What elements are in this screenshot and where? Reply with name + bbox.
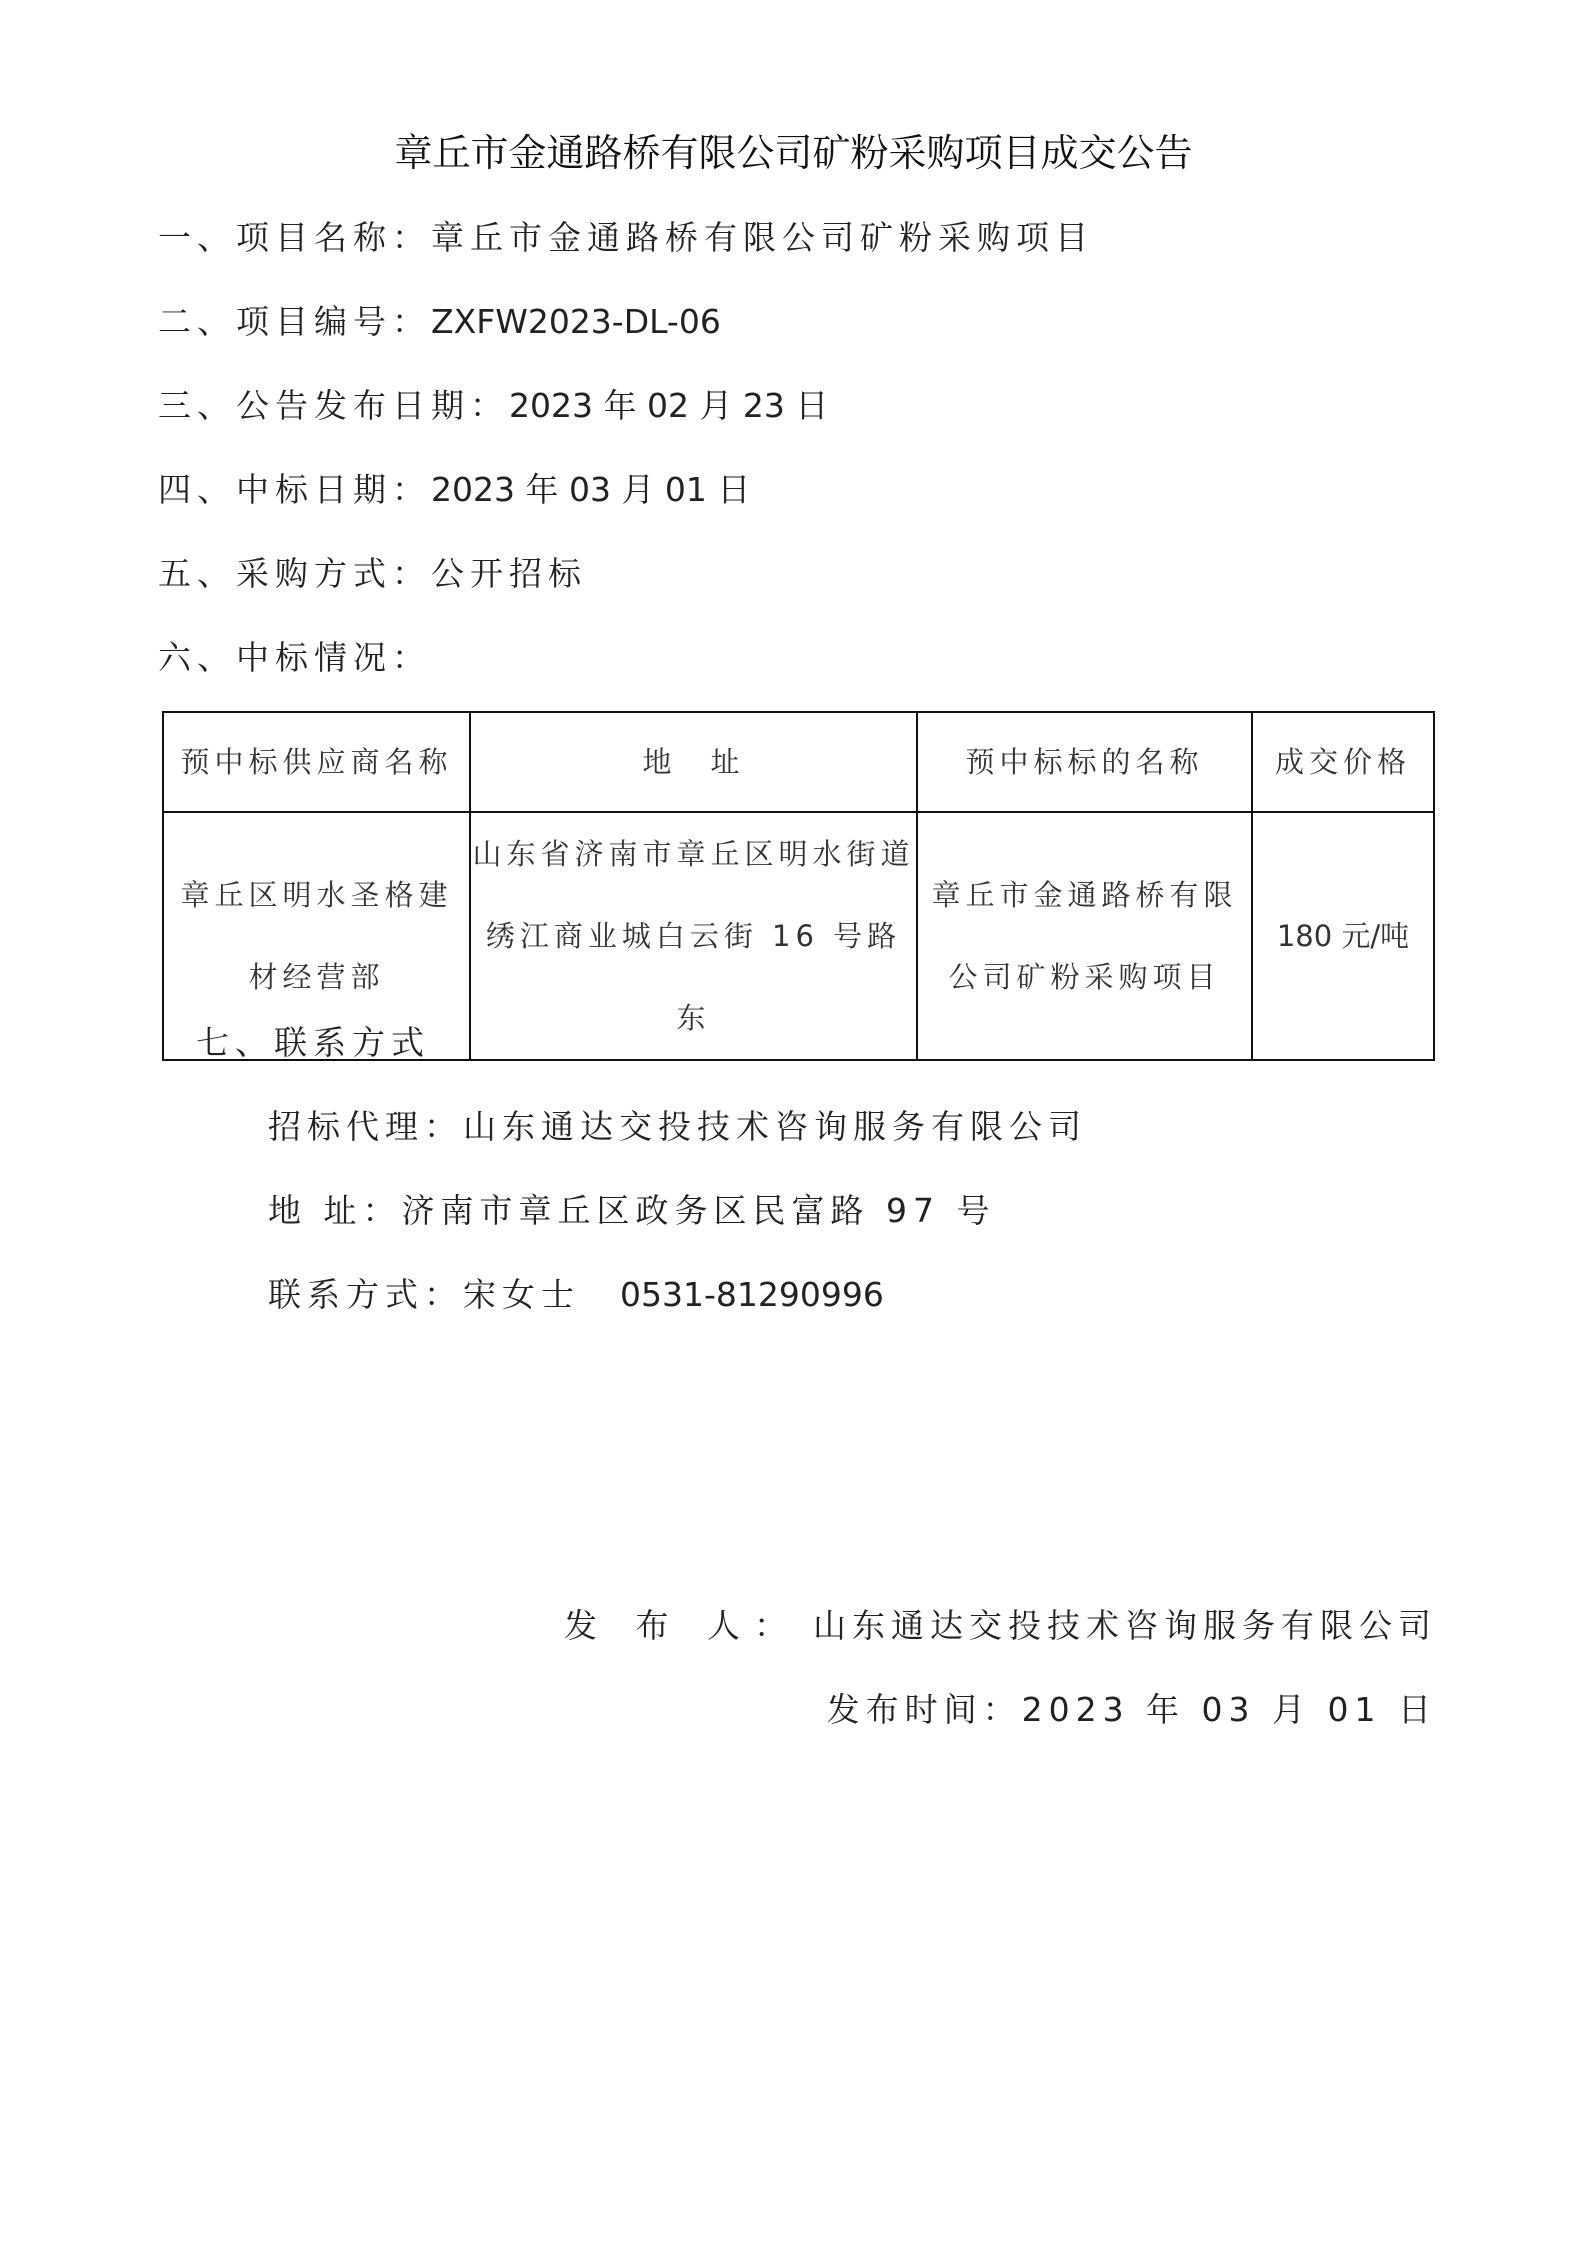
cell-price: 180 元/吨 (1252, 812, 1434, 1060)
contact-heading: 七、联系方式 (196, 1017, 430, 1064)
bid-result-table: 预中标供应商名称 地 址 预中标标的名称 成交价格 章丘区明水圣格建 材经营部 … (162, 711, 1435, 1061)
agent-label: 招标代理： (268, 1107, 463, 1146)
publish-time-value: 2023 年 03 月 01 日 (1022, 1690, 1437, 1729)
item-value: 2023 年 02 月 23 日 (509, 386, 828, 425)
cell-address: 山东省济南市章丘区明水街道 绣江商业城白云街 16 号路东 (470, 812, 917, 1060)
publisher-line: 发 布 人：山东通达交投技术咨询服务有限公司 (564, 1600, 1437, 1647)
item-value: ZXFW2023-DL-06 (431, 302, 721, 341)
header-address: 地 址 (470, 712, 917, 812)
phone-label: 联系方式： (268, 1275, 463, 1314)
item-publish-date: 三、公告发布日期：2023 年 02 月 23 日 (158, 380, 828, 427)
item-label: 六、中标情况： (158, 638, 431, 677)
publish-time-label: 发布时间： (827, 1690, 1022, 1729)
item-procurement-method: 五、采购方式：公开招标 (158, 548, 587, 595)
phone-number: 0531-81290996 (620, 1275, 884, 1314)
item-label: 五、采购方式： (158, 554, 431, 593)
cell-subject: 章丘市金通路桥有限 公司矿粉采购项目 (917, 812, 1252, 1060)
address-label: 地 址： (268, 1191, 402, 1230)
item-label: 四、中标日期： (158, 470, 431, 509)
document-title: 章丘市金通路桥有限公司矿粉采购项目成交公告 (0, 122, 1587, 177)
header-supplier: 预中标供应商名称 (163, 712, 470, 812)
header-price: 成交价格 (1252, 712, 1434, 812)
publisher-label: 发 布 人： (564, 1606, 801, 1645)
contact-address: 地 址：济南市章丘区政务区民富路 97 号 (268, 1185, 995, 1232)
contact-agent: 招标代理：山东通达交投技术咨询服务有限公司 (268, 1101, 1087, 1148)
item-value: 公开招标 (431, 554, 587, 593)
phone-person: 宋女士 (463, 1275, 580, 1314)
item-project-number: 二、项目编号：ZXFW2023-DL-06 (158, 296, 721, 343)
item-project-name: 一、项目名称：章丘市金通路桥有限公司矿粉采购项目 (158, 212, 1094, 259)
item-value: 2023 年 03 月 01 日 (431, 470, 750, 509)
table-header-row: 预中标供应商名称 地 址 预中标标的名称 成交价格 (163, 712, 1434, 812)
agent-value: 山东通达交投技术咨询服务有限公司 (463, 1107, 1087, 1146)
item-bid-result: 六、中标情况： (158, 632, 431, 679)
item-label: 三、公告发布日期： (158, 386, 509, 425)
item-label: 一、项目名称： (158, 218, 431, 257)
item-label: 二、项目编号： (158, 302, 431, 341)
contact-phone: 联系方式：宋女士0531-81290996 (268, 1269, 884, 1316)
item-award-date: 四、中标日期：2023 年 03 月 01 日 (158, 464, 750, 511)
item-value: 章丘市金通路桥有限公司矿粉采购项目 (431, 218, 1094, 257)
header-subject: 预中标标的名称 (917, 712, 1252, 812)
address-value: 济南市章丘区政务区民富路 97 号 (402, 1191, 996, 1230)
publish-time-line: 发布时间：2023 年 03 月 01 日 (827, 1684, 1437, 1731)
publisher-value: 山东通达交投技术咨询服务有限公司 (813, 1606, 1437, 1645)
